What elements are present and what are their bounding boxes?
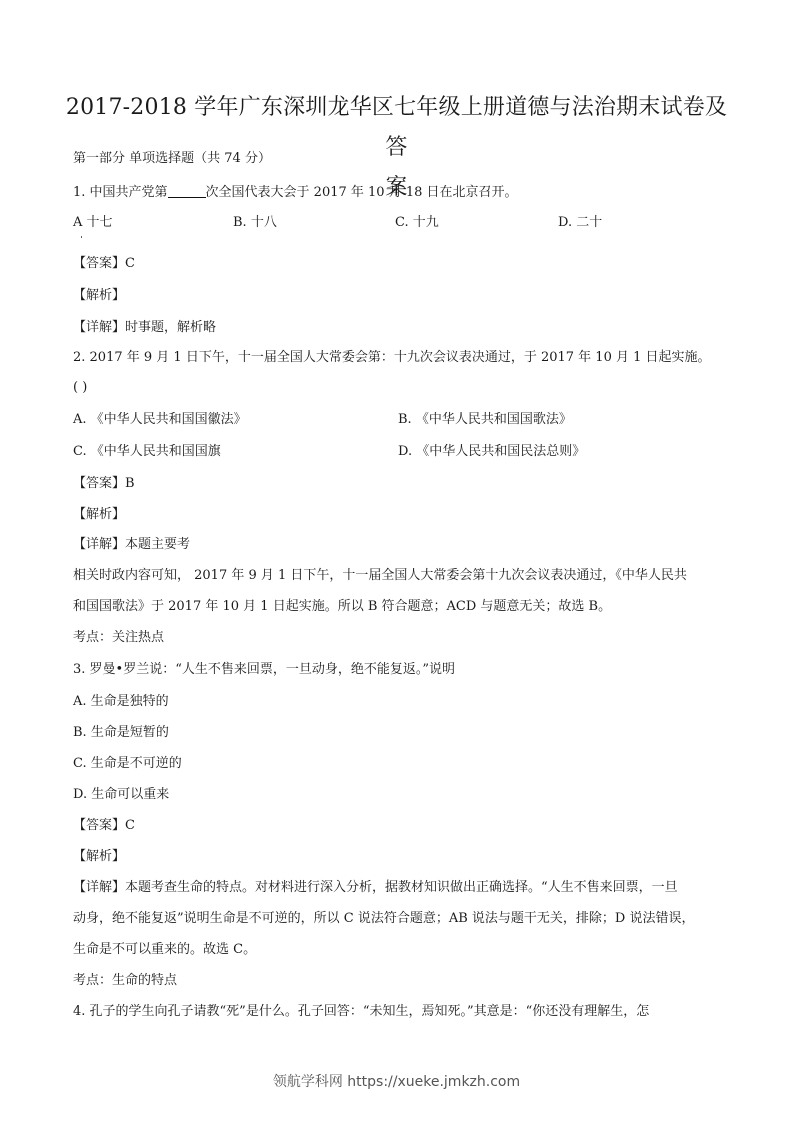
- question-2-stem: 2. 2017 年 9 月 1 日下午，十一届全国人大常委会第：十九次会议表决通…: [73, 350, 711, 366]
- q1-analysis-label: 【解析】: [73, 288, 125, 304]
- q2-analysis-label: 【解析】: [73, 507, 125, 523]
- q2-answer: 【答案】B: [73, 476, 135, 492]
- stray-mark: [81, 236, 82, 238]
- q2-option-d: D. 《中华人民共和国民法总则》: [398, 444, 585, 460]
- q1-detail: 【详解】时事题，解析略: [73, 320, 216, 336]
- q3-option-a: A. 生命是独特的: [73, 694, 169, 710]
- q3-kaodian: 考点：生命的特点: [73, 973, 177, 989]
- q3-detail-line-3: 生命是不可以重来的。故选 C。: [73, 942, 256, 958]
- q2-option-c: C. 《中华人民共和国国旗: [73, 444, 221, 460]
- q2-option-a: A. 《中华人民共和国国徽法》: [73, 412, 247, 428]
- q2-detail-line-2: 和国国歌法》于 2017 年 10 月 1 日起实施。所以 B 符合题意；ACD…: [73, 599, 611, 615]
- q3-answer: 【答案】C: [73, 818, 135, 834]
- question-1-stem: 1. 中国共产党第次全国代表大会于 2017 年 10 月 18 日在北京召开。: [73, 184, 518, 201]
- stem-before-blank: 1. 中国共产党第: [73, 185, 168, 200]
- question-3-stem: 3. 罗曼•罗兰说：“人生不售来回票，一旦动身，绝不能复返。”说明: [73, 662, 455, 678]
- q1-option-b: B. 十八: [233, 215, 277, 231]
- q3-detail-line-2: 动身，绝不能复返”说明生命是不可逆的，所以 C 说法符合题意；AB 说法与题干无…: [73, 911, 695, 927]
- q2-detail: 【详解】本题主要考: [73, 537, 190, 553]
- stem-after-blank: 次全国代表大会于 2017 年 10 月 18 日在北京召开。: [206, 185, 518, 200]
- q2-option-b: B. 《中华人民共和国国歌法》: [398, 412, 572, 428]
- q3-analysis-label: 【解析】: [73, 849, 125, 865]
- question-2-bracket: ( ): [73, 380, 87, 396]
- q3-option-c: C. 生命是不可逆的: [73, 756, 182, 772]
- q3-option-d: D. 生命可以重来: [73, 787, 169, 803]
- section-heading: 第一部分 单项选择题（共 74 分）: [73, 151, 271, 167]
- fill-blank: [168, 184, 206, 198]
- q3-option-b: B. 生命是短暂的: [73, 725, 169, 741]
- q1-answer: 【答案】C: [73, 256, 135, 272]
- q3-detail-line-1: 【详解】本题考查生命的特点。对材料进行深入分析，据教材知识做出正确选择。“人生不…: [73, 880, 678, 896]
- q1-option-c: C. 十九: [395, 215, 439, 231]
- q2-detail-line-1: 相关时政内容可知， 2017 年 9 月 1 日下午，十一届全国人大常委会第十九…: [73, 568, 687, 584]
- q2-kaodian: 考点：关注热点: [73, 630, 164, 646]
- q1-option-a: A 十七: [73, 215, 113, 231]
- footer-watermark: 领航学科网 https://xueke.jmkzh.com: [0, 1071, 793, 1091]
- q1-option-d: D. 二十: [558, 215, 602, 231]
- question-4-stem: 4. 孔子的学生向孔子请教“死”是什么。孔子回答：“未知生，焉知死。”其意是：“…: [73, 1004, 649, 1020]
